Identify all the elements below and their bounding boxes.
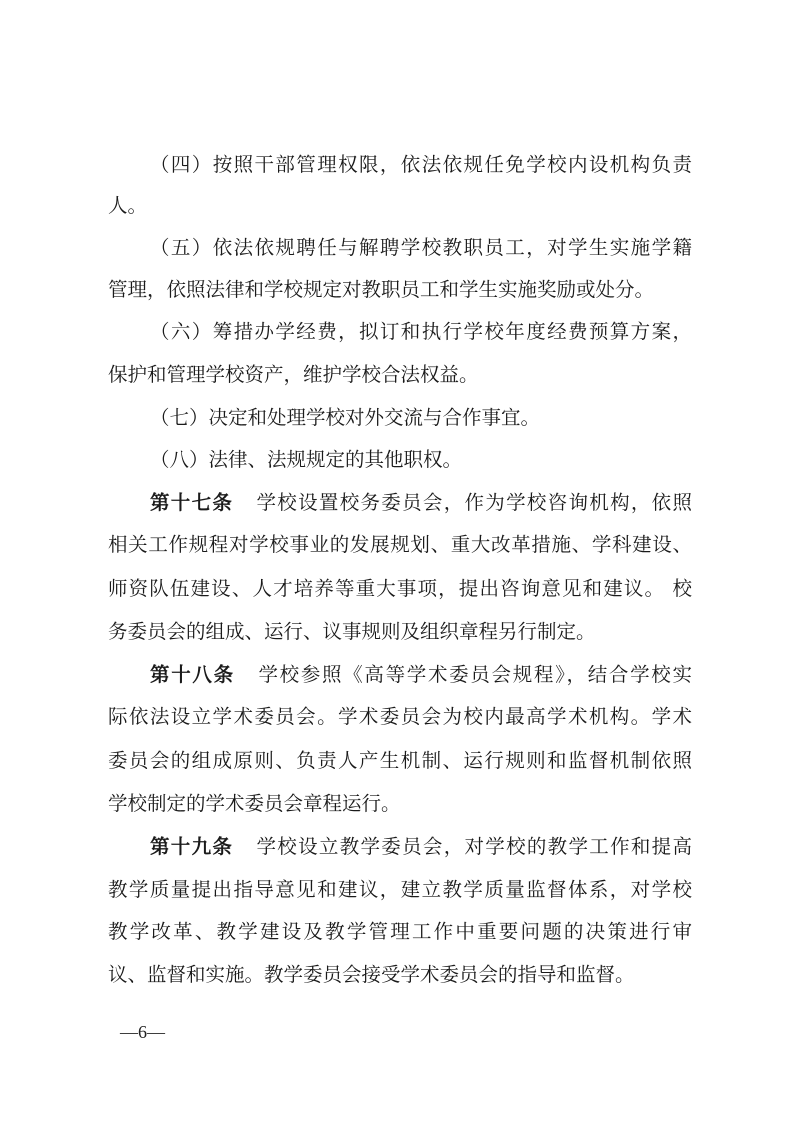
article-19-first-line-text: 学校设立教学委员会，对学校的教学工作和提高 xyxy=(255,835,692,858)
article-19-line-2: 教学质量提出指导意见和建议，建立教学质量监督体系，对学校 xyxy=(108,875,692,905)
article-19-label: 第十九条 xyxy=(150,835,233,858)
paragraph-item-5-line-2: 管理，依照法律和学校规定对教职员工和学生实施奖励或处分。 xyxy=(108,275,692,305)
article-18-first-line-text: 学校参照《高等学术委员会规程》，结合学校实 xyxy=(257,663,692,686)
page-number: —6— xyxy=(120,1020,165,1044)
article-17-line-1: 第十七条学校设置校务委员会，作为学校咨询机构，依照 xyxy=(150,488,692,518)
article-18-line-2: 际依法设立学术委员会。学术委员会为校内最高学术机构。学术 xyxy=(108,702,692,732)
article-17-line-2: 相关工作规程对学校事业的发展规划、重大改革措施、学科建设、 xyxy=(108,530,692,560)
article-19-line-4: 议、监督和实施。教学委员会接受学术委员会的指导和监督。 xyxy=(108,960,692,990)
paragraph-item-4-line-2: 人。 xyxy=(108,191,692,221)
article-17-line-3: 师资队伍建设、人才培养等重大事项，提出咨询意见和建议。 校 xyxy=(108,574,692,604)
article-18-label: 第十八条 xyxy=(150,663,235,686)
article-18-line-3: 委员会的组成原则、负责人产生机制、运行规则和监督机制依照 xyxy=(108,746,692,776)
paragraph-item-8: （八）法律、法规规定的其他职权。 xyxy=(150,445,692,475)
paragraph-item-6-line-1: （六）筹措办学经费，拟订和执行学校年度经费预算方案， xyxy=(150,317,692,347)
paragraph-item-7: （七）决定和处理学校对外交流与合作事宜。 xyxy=(150,403,692,433)
article-18-line-4: 学校制定的学术委员会章程运行。 xyxy=(108,789,692,819)
article-17-line-4: 务委员会的组成、运行、议事规则及组织章程另行制定。 xyxy=(108,617,692,647)
article-19-line-1: 第十九条学校设立教学委员会，对学校的教学工作和提高 xyxy=(150,832,692,862)
paragraph-item-6-line-2: 保护和管理学校资产，维护学校合法权益。 xyxy=(108,360,692,390)
document-page: （四）按照干部管理权限，依法依规任免学校内设机构负责 人。 （五）依法依规聘任与… xyxy=(0,0,793,1122)
article-19-line-3: 教学改革、教学建设及教学管理工作中重要问题的决策进行审 xyxy=(108,917,692,947)
article-17-first-line-text: 学校设置校务委员会，作为学校咨询机构，依照 xyxy=(255,491,692,514)
article-18-line-1: 第十八条学校参照《高等学术委员会规程》，结合学校实 xyxy=(150,660,692,690)
article-17-label: 第十七条 xyxy=(150,491,233,514)
paragraph-item-5-line-1: （五）依法依规聘任与解聘学校教职员工，对学生实施学籍 xyxy=(150,233,692,263)
paragraph-item-4-line-1: （四）按照干部管理权限，依法依规任免学校内设机构负责 xyxy=(150,150,692,180)
